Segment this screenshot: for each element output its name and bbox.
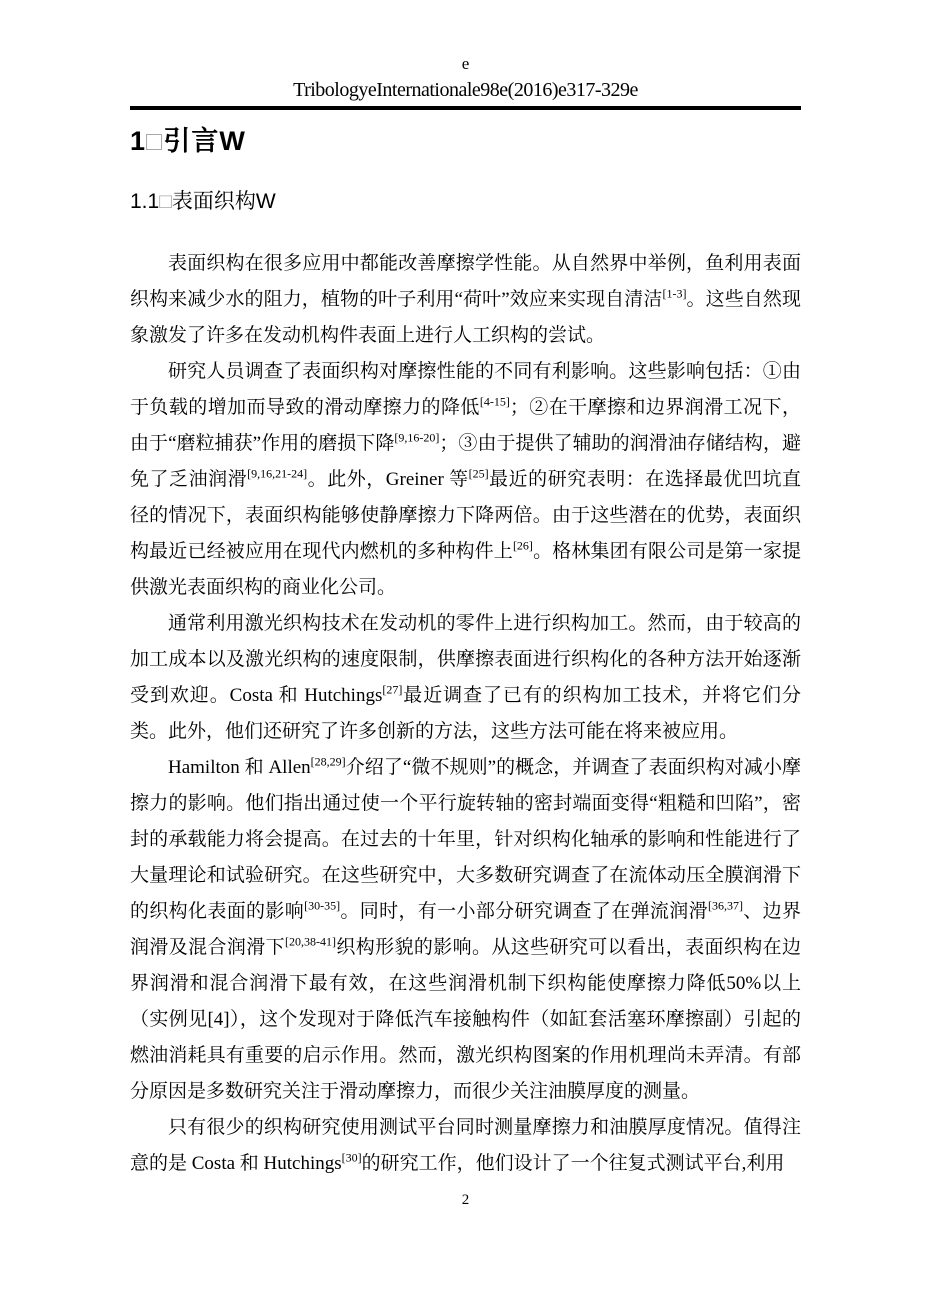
subsection-heading: 1.1□表面织构W: [130, 188, 801, 216]
tab-box-glyph: □: [146, 126, 163, 156]
section-title: 引言W: [163, 126, 245, 156]
citation-superscript: [25]: [469, 467, 489, 481]
paragraph-text: 织构形貌的影响。从这些研究可以看出，表面织构在边界润滑和混合润滑下最有效，在这些…: [130, 937, 801, 1102]
citation-superscript: [9,16-20]: [394, 431, 439, 445]
body-paragraphs: 表面织构在很多应用中都能改善摩擦学性能。从自然界中举例，鱼利用表面织构来减少水的…: [130, 246, 801, 1182]
paragraph: 研究人员调查了表面织构对摩擦性能的不同有利影响。这些影响包括：①由于负载的增加而…: [130, 354, 801, 606]
citation-superscript: [36,37]: [708, 899, 743, 913]
citation-superscript: [26]: [513, 539, 533, 553]
citation-superscript: [20,38-41]: [285, 935, 336, 949]
citation-superscript: [9,16,21-24]: [247, 467, 307, 481]
citation-superscript: [30]: [342, 1151, 362, 1165]
paragraph-text: 介绍了“微不规则”的概念，并调查了表面织构对减小摩擦力的影响。他们指出通过使一个…: [130, 757, 801, 922]
page-number: 2: [462, 1192, 470, 1208]
paragraph-text: 。此外，Greiner 等: [307, 469, 468, 490]
paragraph-text: 。同时，有一小部分研究调查了在弹流润滑: [340, 901, 708, 922]
header-mark: e: [130, 52, 801, 76]
paragraph: 只有很少的织构研究使用测试平台同时测量摩擦力和油膜厚度情况。值得注意的是 Cos…: [130, 1110, 801, 1182]
paragraph-text: 的研究工作，他们设计了一个往复式测试平台,利用: [362, 1153, 785, 1174]
journal-citation: TribologyeInternationale98e(2016)e317-32…: [130, 76, 801, 104]
subsection-number: 1.1: [130, 190, 159, 213]
page-header: e TribologyeInternationale98e(2016)e317-…: [130, 0, 801, 110]
citation-superscript: [27]: [382, 683, 402, 697]
citation-superscript: [1-3]: [662, 287, 686, 301]
tab-box-glyph: □: [159, 190, 172, 213]
page-footer: 2: [130, 1190, 801, 1210]
citation-superscript: [30-35]: [304, 899, 340, 913]
section-heading: 1□引言W: [130, 124, 801, 158]
document-page: { "page": { "header": { "mark_line": "e"…: [0, 0, 925, 1309]
paragraph: Hamilton 和 Allen[28,29]介绍了“微不规则”的概念，并调查了…: [130, 750, 801, 1110]
paragraph-text: Hamilton 和 Allen: [168, 757, 311, 778]
citation-superscript: [28,29]: [311, 755, 346, 769]
paragraph: 通常利用激光织构技术在发动机的零件上进行织构加工。然而，由于较高的加工成本以及激…: [130, 606, 801, 750]
paragraph: 表面织构在很多应用中都能改善摩擦学性能。从自然界中举例，鱼利用表面织构来减少水的…: [130, 246, 801, 354]
citation-superscript: [4-15]: [480, 395, 510, 409]
section-number: 1: [130, 126, 146, 156]
text-column: e TribologyeInternationale98e(2016)e317-…: [130, 0, 801, 1182]
subsection-title: 表面织构W: [172, 190, 276, 213]
